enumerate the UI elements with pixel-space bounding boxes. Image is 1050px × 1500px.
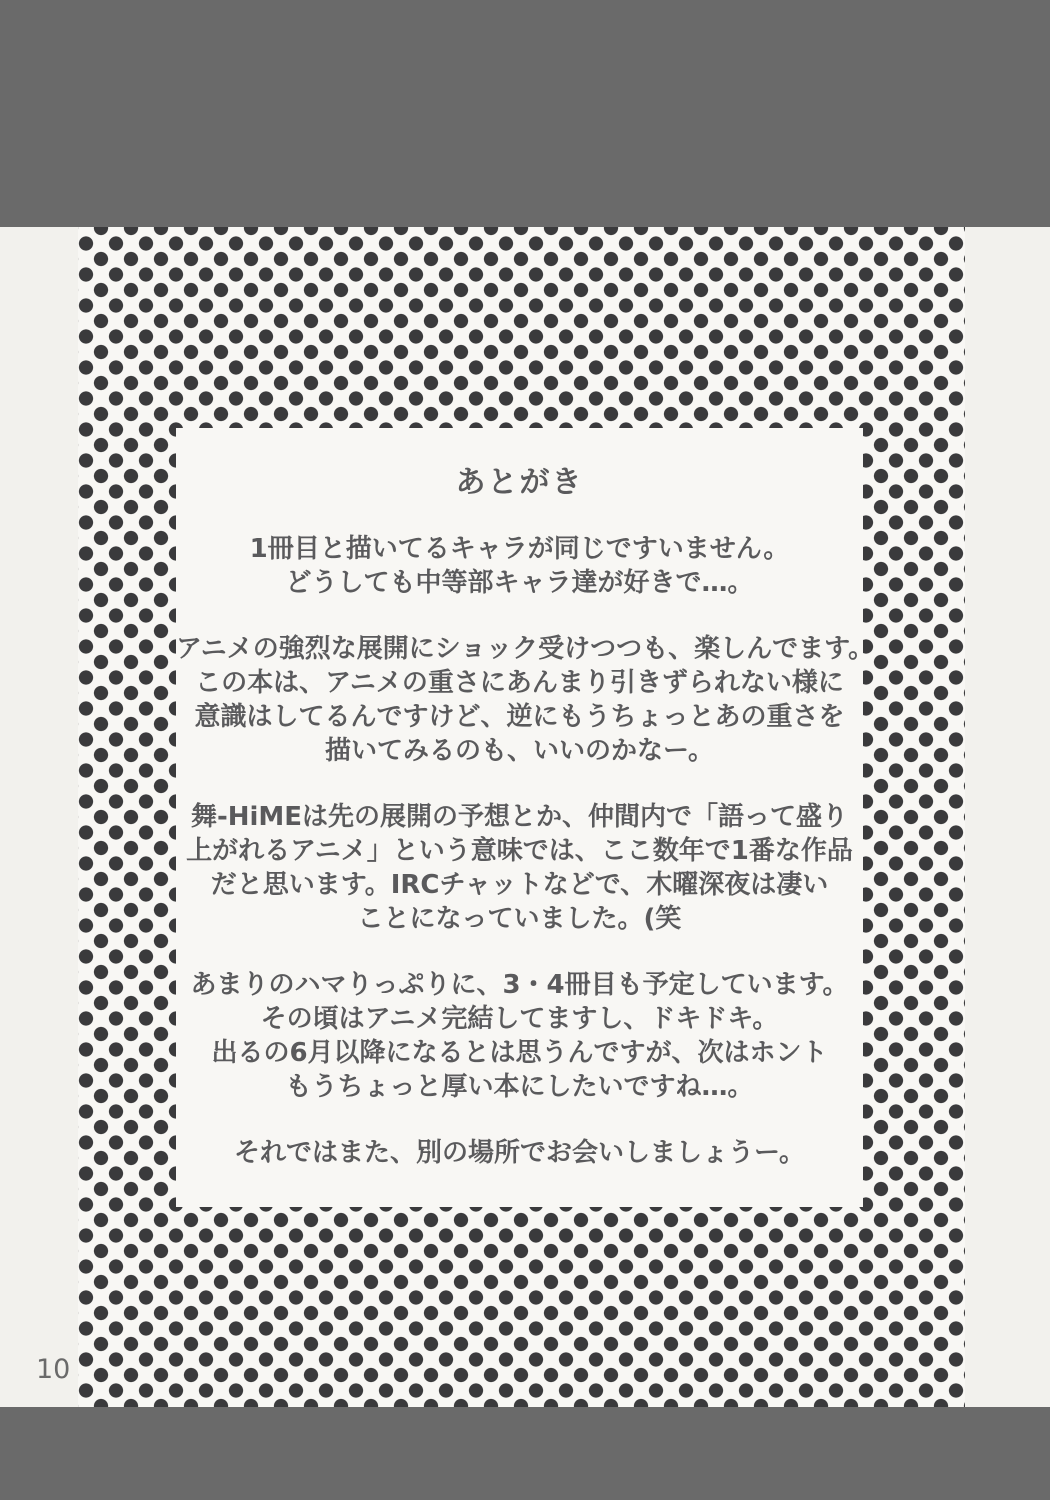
text-line: 舞-HiMEは先の展開の予想とか、仲間内で「語って盛り — [176, 800, 863, 834]
text-line: 上がれるアニメ」という意味では、ここ数年で1番な作品 — [176, 834, 863, 868]
afterword-text: 1冊目と描いてるキャラが同じですいません。どうしても中等部キャラ達が好きで…。ア… — [176, 532, 863, 1170]
text-line: アニメの強烈な展開にショック受けつつも、楽しんでます。 — [176, 632, 863, 666]
text-line: 描いてみるのも、いいのかなー。 — [176, 734, 863, 768]
text-line: 意識はしてるんですけど、逆にもうちょっとあの重さを — [176, 700, 863, 734]
afterword-panel: あとがき 1冊目と描いてるキャラが同じですいません。どうしても中等部キャラ達が好… — [176, 428, 863, 1207]
text-line: 1冊目と描いてるキャラが同じですいません。 — [176, 532, 863, 566]
text-line: この本は、アニメの重さにあんまり引きずられない様に — [176, 666, 863, 700]
page-number: 10 — [36, 1352, 70, 1388]
top-border-band — [0, 0, 1050, 227]
afterword-paragraph: アニメの強烈な展開にショック受けつつも、楽しんでます。この本は、アニメの重さにあ… — [176, 632, 863, 768]
bottom-border-band — [0, 1407, 1050, 1500]
text-line: あまりのハマりっぷりに、3・4冊目も予定しています。 — [176, 968, 863, 1002]
text-line: だと思います。IRCチャットなどで、木曜深夜は凄い — [176, 868, 863, 902]
text-line: ことになっていました。(笑 — [176, 902, 863, 936]
text-line: どうしても中等部キャラ達が好きで…。 — [176, 566, 863, 600]
text-line: もうちょっと厚い本にしたいですね…。 — [176, 1070, 863, 1104]
text-line: それではまた、別の場所でお会いしましょうー。 — [176, 1136, 863, 1170]
text-line: 出るの6月以降になるとは思うんですが、次はホント — [176, 1036, 863, 1070]
afterword-title: あとがき — [176, 466, 863, 500]
scan-page: あとがき 1冊目と描いてるキャラが同じですいません。どうしても中等部キャラ達が好… — [0, 0, 1050, 1500]
afterword-paragraph: 1冊目と描いてるキャラが同じですいません。どうしても中等部キャラ達が好きで…。 — [176, 532, 863, 600]
afterword-paragraph: それではまた、別の場所でお会いしましょうー。 — [176, 1136, 863, 1170]
afterword-paragraph: あまりのハマりっぷりに、3・4冊目も予定しています。その頃はアニメ完結してますし… — [176, 968, 863, 1104]
text-line: その頃はアニメ完結してますし、ドキドキ。 — [176, 1002, 863, 1036]
afterword-paragraph: 舞-HiMEは先の展開の予想とか、仲間内で「語って盛り上がれるアニメ」という意味… — [176, 800, 863, 936]
